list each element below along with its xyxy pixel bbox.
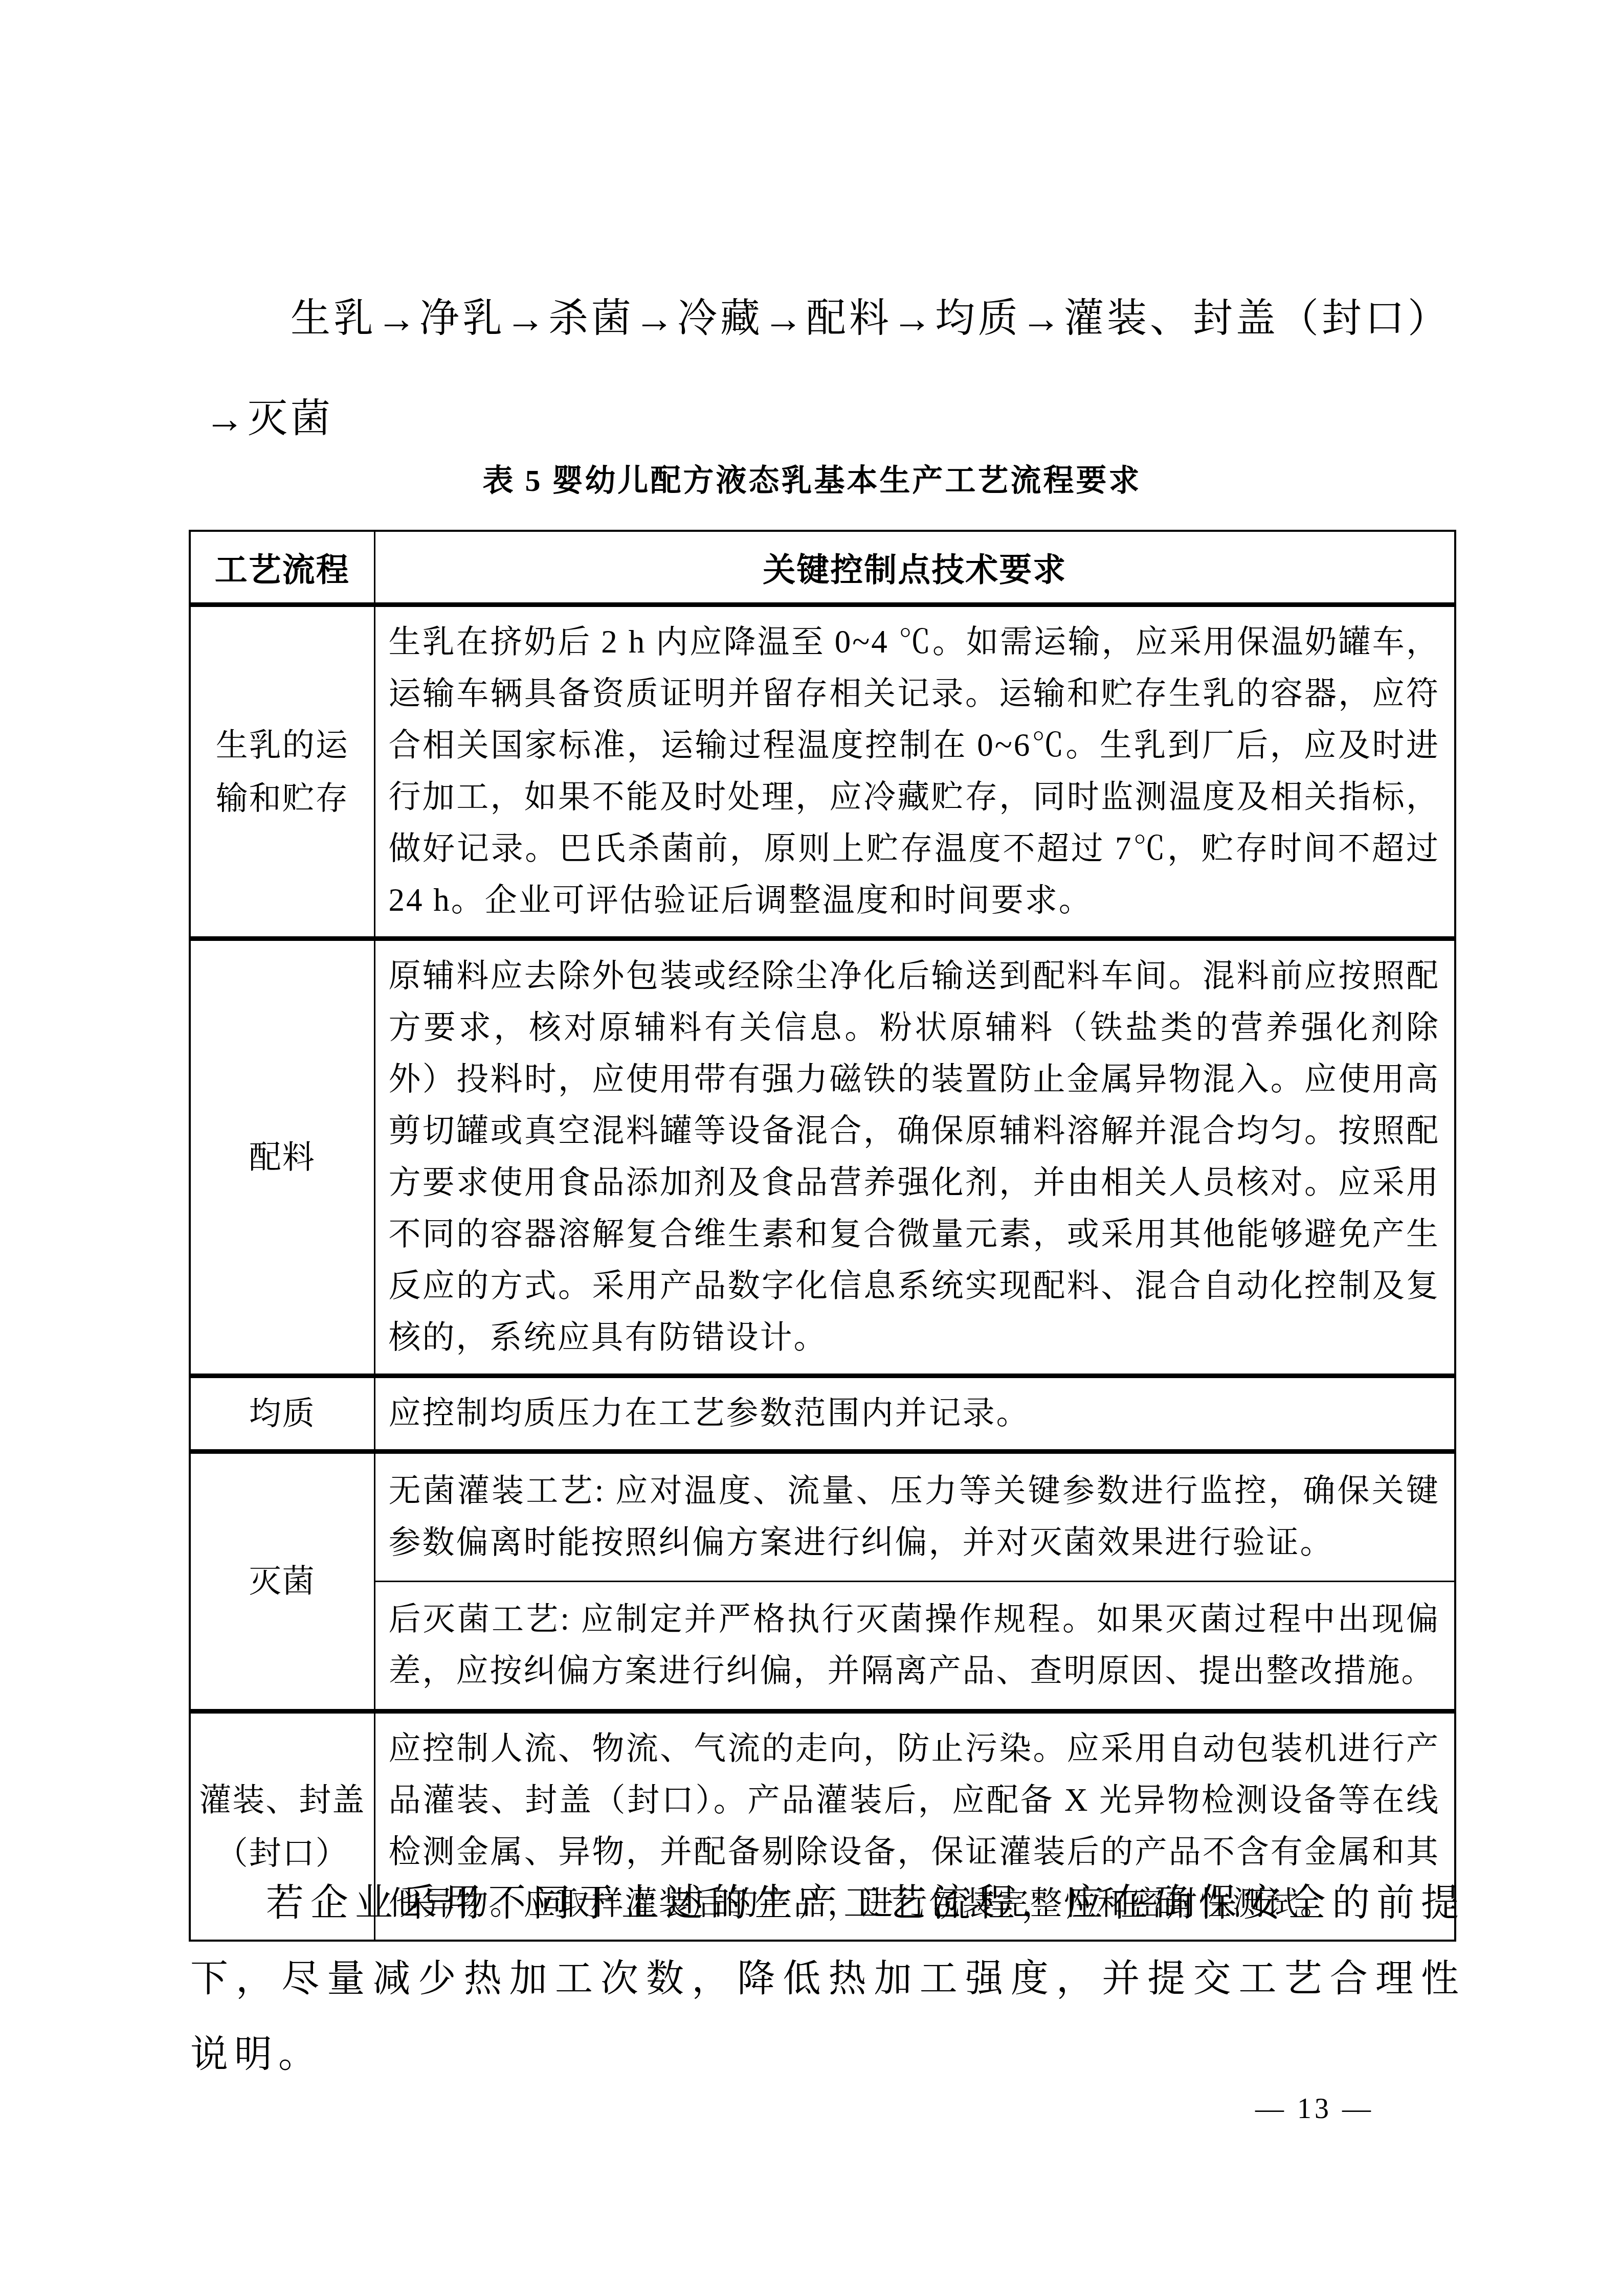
- closing-paragraph: 若企业采用不同于上述的生产工艺流程，应在确保安全的前提下，尽量减少热加工次数，降…: [190, 1865, 1465, 2092]
- process-flow-paragraph: 生乳→净乳→杀菌→冷藏→配料→均质→灌装、封盖（封口） →灭菌: [205, 268, 1514, 469]
- process-requirements-table: 工艺流程 关键控制点技术要求 生乳的运 输和贮存 生乳在挤奶后 2 h 内应降温…: [189, 530, 1456, 1942]
- row-label-raw-milk-transport: 生乳的运 输和贮存: [190, 604, 374, 938]
- row-text-raw-milk-transport: 生乳在挤奶后 2 h 内应降温至 0~4 ℃。如需运输，应采用保温奶罐车，运输车…: [374, 604, 1455, 938]
- table-header-row: 工艺流程 关键控制点技术要求: [190, 531, 1455, 604]
- row-label-ingredients: 配料: [190, 938, 374, 1376]
- row-text-ingredients: 原辅料应去除外包装或经除尘净化后输送到配料车间。混料前应按照配方要求，核对原辅料…: [374, 938, 1455, 1376]
- column-header-process: 工艺流程: [190, 531, 374, 604]
- document-page: 生乳→净乳→杀菌→冷藏→配料→均质→灌装、封盖（封口） →灭菌 表 5 婴幼儿配…: [0, 0, 1624, 2296]
- table-title: 表 5 婴幼儿配方液态乳基本生产工艺流程要求: [0, 456, 1624, 500]
- row-label-sterilization: 灭菌: [190, 1451, 374, 1711]
- page-number: — 13 —: [1228, 2092, 1401, 2125]
- table-row-sterilization-aseptic: 灭菌 无菌灌装工艺: 应对温度、流量、压力等关键参数进行监控，确保关键参数偏离时…: [190, 1451, 1455, 1581]
- column-header-key-control: 关键控制点技术要求: [374, 531, 1455, 604]
- process-flow-line-2: →灭菌: [205, 369, 1514, 469]
- row-label-homogenization: 均质: [190, 1376, 374, 1451]
- table-row-sterilization-post: 后灭菌工艺: 应制定并严格执行灭菌操作规程。如果灭菌过程中出现偏差，应按纠偏方案…: [190, 1581, 1455, 1711]
- table-row-homogenization: 均质 应控制均质压力在工艺参数范围内并记录。: [190, 1376, 1455, 1451]
- row-text-sterilization-post: 后灭菌工艺: 应制定并严格执行灭菌操作规程。如果灭菌过程中出现偏差，应按纠偏方案…: [374, 1581, 1455, 1711]
- row-text-homogenization: 应控制均质压力在工艺参数范围内并记录。: [374, 1376, 1455, 1451]
- process-flow-line-1: 生乳→净乳→杀菌→冷藏→配料→均质→灌装、封盖（封口）: [205, 268, 1514, 369]
- row-text-sterilization-aseptic: 无菌灌装工艺: 应对温度、流量、压力等关键参数进行监控，确保关键参数偏离时能按照…: [374, 1451, 1455, 1581]
- table-row-raw-milk: 生乳的运 输和贮存 生乳在挤奶后 2 h 内应降温至 0~4 ℃。如需运输，应采…: [190, 604, 1455, 938]
- table-row-ingredients: 配料 原辅料应去除外包装或经除尘净化后输送到配料车间。混料前应按照配方要求，核对…: [190, 938, 1455, 1376]
